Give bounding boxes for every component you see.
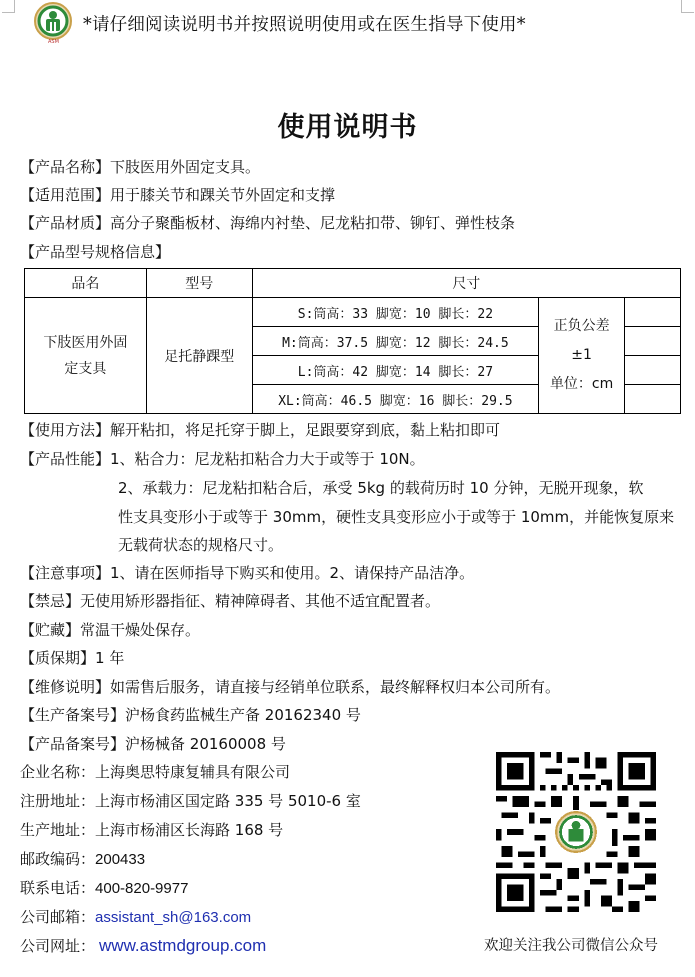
performance-item-2-line-1: 2、承载力：尼龙粘扣粘合后，承受 5kg 的载荷历时 10 分钟，无脱开现象，软 — [118, 478, 643, 498]
notes-row: 【注意事项】1、请在医师指导下购买和使用。2、请保持产品洁净。 — [20, 563, 474, 583]
model-cell: 足托静踝型 — [146, 298, 252, 414]
product-name-row: 【产品名称】下肢医用外固定支具。 — [20, 157, 260, 177]
email-row: 公司邮箱：assistant_sh@163.com — [20, 907, 251, 928]
table-header-row: 品名 型号 尺寸 — [25, 269, 681, 298]
production-address-row: 生产地址：上海市杨浦区长海路 168 号 — [20, 820, 283, 840]
usage-notice: *请仔细阅读说明书并按照说明使用或在医生指导下使用* — [83, 11, 526, 36]
field-label: 【产品性能】 — [20, 450, 110, 468]
size-m: M:筒高：37.5 脚宽：12 脚长：24.5 — [252, 327, 539, 356]
product-line-1: 下肢医用外固 — [43, 335, 127, 351]
empty-cell — [625, 385, 681, 414]
field-label: 【生产备案号】 — [20, 706, 125, 724]
field-value: 高分子聚酯板材、海绵内衬垫、尼龙粘扣带、铆钉、弹性枝条 — [110, 214, 515, 232]
company-logo-icon: ASM — [33, 2, 73, 42]
website-link[interactable]: www.astmdgroup.com — [99, 936, 266, 955]
phone-number: 400-820-9977 — [95, 880, 188, 897]
website-row: 公司网址：www.astmdgroup.com — [20, 936, 266, 956]
zip-row: 邮政编码：200433 — [20, 849, 145, 870]
field-value: 常温干燥处保存。 — [80, 621, 200, 639]
performance-row: 【产品性能】1、粘合力：尼龙粘扣粘合力大于或等于 10N。 — [20, 449, 425, 469]
production-address-label: 生产地址： — [20, 821, 95, 839]
zip-label: 邮政编码： — [20, 850, 95, 868]
spec-info-heading: 【产品型号规格信息】 — [20, 242, 170, 262]
contraindications-row: 【禁忌】无使用矫形器指征、精神障碍者、其他不适宜配置者。 — [20, 591, 440, 611]
header-product: 品名 — [25, 269, 147, 298]
field-value: 如需售后服务，请直接与经销单位联系，最终解释权归本公司所有。 — [110, 678, 560, 696]
page-corner-mark-left — [2, 0, 15, 13]
warranty-row: 【质保期】1 年 — [20, 648, 124, 668]
performance-item-2-line-2: 性支具变形小于或等于 30mm，硬性支具变形应小于或等于 10mm，并能恢复原来 — [118, 507, 674, 527]
company-name-label: 企业名称： — [20, 763, 95, 781]
field-value: 用于膝关节和踝关节外固定和支撑 — [110, 186, 335, 204]
usage-row: 【使用方法】解开粘扣，将足托穿于脚上，足跟要穿到底，黏上粘扣即可 — [20, 420, 500, 440]
production-address: 上海市杨浦区长海路 168 号 — [95, 821, 283, 839]
product-cell: 下肢医用外固 定支具 — [25, 298, 147, 414]
field-label: 【注意事项】 — [20, 564, 110, 582]
tolerance-cell: 正负公差 ±1 单位：cm — [539, 298, 625, 414]
field-label: 【适用范围】 — [20, 186, 110, 204]
field-value: 沪杨食药监械生产备 20162340 号 — [125, 706, 361, 724]
tolerance-value: ±1 — [571, 347, 592, 363]
table-row: 下肢医用外固 定支具 足托静踝型 S:筒高：33 脚宽：10 脚长：22 正负公… — [25, 298, 681, 327]
company-name-row: 企业名称：上海奥思特康复辅具有限公司 — [20, 762, 290, 782]
field-value: 沪杨械备 20160008 号 — [125, 735, 286, 753]
company-name: 上海奥思特康复辅具有限公司 — [95, 763, 290, 781]
registered-address: 上海市杨浦区国定路 335 号 5010-6 室 — [95, 792, 361, 810]
production-record-row: 【生产备案号】沪杨食药监械生产备 20162340 号 — [20, 705, 361, 725]
phone-row: 联系电话：400-820-9977 — [20, 878, 188, 899]
product-line-2: 定支具 — [64, 361, 106, 377]
repair-row: 【维修说明】如需售后服务，请直接与经销单位联系，最终解释权归本公司所有。 — [20, 677, 560, 697]
field-label: 【产品名称】 — [20, 158, 110, 176]
field-value: 1 年 — [95, 649, 124, 667]
qr-caption: 欢迎关注我公司微信公众号 — [484, 934, 658, 955]
field-label: 【产品备案号】 — [20, 735, 125, 753]
document-title: 使用说明书 — [0, 105, 695, 144]
empty-cell — [625, 327, 681, 356]
performance-item-2-line-3: 无载荷状态的规格尺寸。 — [118, 535, 283, 555]
field-label: 【贮藏】 — [20, 621, 80, 639]
header-size: 尺寸 — [252, 269, 680, 298]
field-label: 【质保期】 — [20, 649, 95, 667]
field-value: 解开粘扣，将足托穿于脚上，足跟要穿到底，黏上粘扣即可 — [110, 421, 500, 439]
header-model: 型号 — [146, 269, 252, 298]
performance-item-1: 1、粘合力：尼龙粘扣粘合力大于或等于 10N。 — [110, 450, 425, 468]
material-row: 【产品材质】高分子聚酯板材、海绵内衬垫、尼龙粘扣带、铆钉、弹性枝条 — [20, 213, 515, 233]
storage-row: 【贮藏】常温干燥处保存。 — [20, 620, 200, 640]
size-s: S:筒高：33 脚宽：10 脚长：22 — [252, 298, 539, 327]
spec-table: 品名 型号 尺寸 下肢医用外固 定支具 足托静踝型 S:筒高：33 脚宽：10 … — [24, 268, 681, 414]
email-label: 公司邮箱： — [20, 908, 95, 926]
empty-cell — [625, 298, 681, 327]
field-label: 【维修说明】 — [20, 678, 110, 696]
product-record-row: 【产品备案号】沪杨械备 20160008 号 — [20, 734, 286, 754]
field-value: 无使用矫形器指征、精神障碍者、其他不适宜配置者。 — [80, 592, 440, 610]
wechat-qr-code — [496, 752, 656, 912]
phone-label: 联系电话： — [20, 879, 95, 897]
registered-address-row: 注册地址：上海市杨浦区国定路 335 号 5010-6 室 — [20, 791, 361, 811]
tolerance-label: 正负公差 — [554, 318, 610, 334]
size-xl: XL:筒高：46.5 脚宽：16 脚长：29.5 — [252, 385, 539, 414]
website-label: 公司网址： — [20, 937, 95, 955]
empty-cell — [625, 356, 681, 385]
field-label: 【使用方法】 — [20, 421, 110, 439]
size-l: L:筒高：42 脚宽：14 脚长：27 — [252, 356, 539, 385]
field-label: 【禁忌】 — [20, 592, 80, 610]
unit-label: 单位：cm — [550, 376, 613, 392]
field-label: 【产品材质】 — [20, 214, 110, 232]
field-value: 1、请在医师指导下购买和使用。2、请保持产品洁净。 — [110, 564, 474, 582]
registered-address-label: 注册地址： — [20, 792, 95, 810]
field-value: 下肢医用外固定支具。 — [110, 158, 260, 176]
zip-code: 200433 — [95, 851, 145, 868]
email-link[interactable]: assistant_sh@163.com — [95, 909, 251, 926]
scope-row: 【适用范围】用于膝关节和踝关节外固定和支撑 — [20, 185, 335, 205]
svg-text:ASM: ASM — [48, 39, 59, 44]
page-corner-mark-right — [681, 0, 694, 13]
